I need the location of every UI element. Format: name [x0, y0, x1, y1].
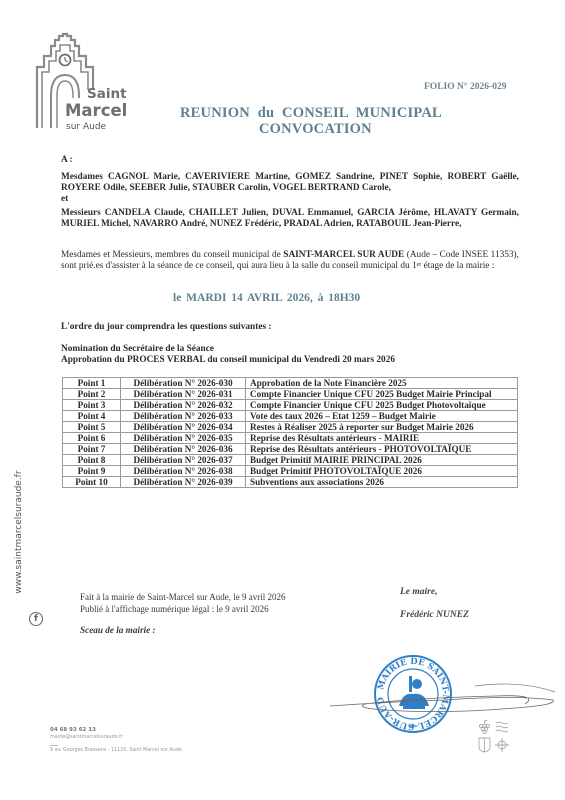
waves-icon	[496, 722, 508, 732]
svg-text:★: ★	[410, 722, 416, 730]
issuance-info: Fait à la mairie de Saint-Marcel sur Aud…	[80, 591, 285, 615]
agenda-point: Point 5	[63, 422, 121, 433]
agenda-row: Point 3Délibération N° 2026-032Compte Fi…	[63, 400, 518, 411]
agenda-row: Point 9Délibération N° 2026-038Budget Pr…	[63, 466, 518, 477]
grapes-icon	[479, 721, 489, 734]
contact-email[interactable]: mairie@saintmarcelsuraude.fr	[50, 735, 123, 740]
agenda-point: Point 7	[63, 444, 121, 455]
agenda-table: Point 1Délibération N° 2026-030Approbati…	[62, 377, 518, 488]
agenda-row: Point 8Délibération N° 2026-037Budget Pr…	[63, 455, 518, 466]
contact-phone: 04 68 93 62 13	[50, 727, 96, 733]
logo-saint: Saint	[87, 88, 127, 102]
agenda-deliberation: Délibération N° 2026-033	[121, 411, 246, 422]
fait-line: Fait à la mairie de Saint-Marcel sur Aud…	[80, 591, 285, 603]
agenda-approbation: Approbation du PROCES VERBAL du conseil …	[61, 355, 519, 366]
facebook-icon[interactable]: f	[29, 612, 43, 626]
agenda-subject: Approbation de la Note Financière 2025	[246, 378, 518, 389]
recipients-et: et	[61, 194, 68, 204]
agenda-point: Point 9	[63, 466, 121, 477]
logo-sur-aude: sur Aude	[66, 123, 106, 132]
occitan-cross-icon	[495, 738, 509, 752]
website-link[interactable]: www.saintmarcelsuraude.fr	[14, 452, 24, 612]
meeting-date: le MARDI 14 AVRIL 2026, à 18H30	[173, 292, 360, 304]
agenda-deliberation: Délibération N° 2026-037	[121, 455, 246, 466]
agenda-row: Point 7Délibération N° 2026-036Reprise d…	[63, 444, 518, 455]
convocation-paragraph: Mesdames et Messieurs, membres du consei…	[61, 250, 519, 272]
agenda-deliberation: Délibération N° 2026-031	[121, 389, 246, 400]
recipients-mesdames: Mesdames CAGNOL Marie, CAVERIVIERE Marti…	[61, 172, 519, 205]
agenda-subject: Restes à Réaliser 2025 à reporter sur Bu…	[246, 422, 518, 433]
agenda-row: Point 4Délibération N° 2026-033Vote des …	[63, 411, 518, 422]
agenda-point: Point 2	[63, 389, 121, 400]
agenda-point: Point 8	[63, 455, 121, 466]
agenda-subject: Compte Financier Unique CFU 2025 Budget …	[246, 400, 518, 411]
document-title: REUNION du CONSEIL MUNICIPAL	[180, 105, 442, 122]
agenda-deliberation: Délibération N° 2026-032	[121, 400, 246, 411]
agenda-deliberation: Délibération N° 2026-034	[121, 422, 246, 433]
agenda-row: Point 6Délibération N° 2026-035Reprise d…	[63, 433, 518, 444]
agenda-point: Point 6	[63, 433, 121, 444]
agenda-nomination: Nomination du Secrétaire de la Séance	[61, 344, 519, 355]
agenda-subject: Budget Primitif MAIRIE PRINCIPAL 2026	[246, 455, 518, 466]
intro-text-3: étage de la mairie :	[421, 261, 494, 271]
agenda-subject: Subventions aux associations 2026	[246, 477, 518, 488]
agenda-deliberation: Délibération N° 2026-036	[121, 444, 246, 455]
agenda-deliberation: Délibération N° 2026-038	[121, 466, 246, 477]
publie-line: Publié à l'affichage numérique légal : l…	[80, 603, 285, 615]
agenda-point: Point 3	[63, 400, 121, 411]
agenda-point: Point 4	[63, 411, 121, 422]
recipients-label: A :	[61, 155, 519, 166]
agenda-subject: Vote des taux 2026 – Etat 1259 – Budget …	[246, 411, 518, 422]
recipients-messieurs: Messieurs CANDELA Claude, CHAILLET Julie…	[61, 208, 519, 230]
agenda-subject: Budget Primitif PHOTOVOLTAÏQUE 2026	[246, 466, 518, 477]
agenda-subject: Reprise des Résultats antérieurs - MAIRI…	[246, 433, 518, 444]
agenda-point: Point 10	[63, 477, 121, 488]
agenda-deliberation: Délibération N° 2026-039	[121, 477, 246, 488]
intro-sup: er	[417, 262, 422, 268]
agenda-row: Point 2Délibération N° 2026-031Compte Fi…	[63, 389, 518, 400]
heraldic-emblems	[476, 718, 512, 754]
shield-icon	[479, 738, 490, 752]
mesdames-list: Mesdames CAGNOL Marie, CAVERIVIERE Marti…	[61, 172, 519, 193]
contact-address: 9 av. Georges Brassens - 11120, Saint Ma…	[50, 748, 182, 753]
agenda-intro: L'ordre du jour comprendra les questions…	[61, 322, 519, 333]
agenda-deliberation: Délibération N° 2026-035	[121, 433, 246, 444]
mayor-signature	[325, 680, 560, 720]
seal-label: Sceau de la mairie :	[80, 625, 156, 635]
folio-number: FOLIO N° 2026-029	[424, 82, 506, 92]
logo-marcel: Marcel	[65, 103, 127, 120]
intro-text-1: Mesdames et Messieurs, membres du consei…	[61, 250, 283, 260]
agenda-row: Point 1Délibération N° 2026-030Approbati…	[63, 378, 518, 389]
municipal-logo: Saint Marcel sur Aude	[35, 30, 135, 130]
agenda-row: Point 5Délibération N° 2026-034Restes à …	[63, 422, 518, 433]
agenda-point: Point 1	[63, 378, 121, 389]
mayor-label: Le maire,	[400, 588, 437, 598]
document-subtitle: CONVOCATION	[259, 121, 372, 138]
contact-divider	[50, 745, 58, 746]
agenda-deliberation: Délibération N° 2026-030	[121, 378, 246, 389]
mayor-name: Frédéric NUNEZ	[400, 611, 469, 621]
agenda-subject: Compte Financier Unique CFU 2025 Budget …	[246, 389, 518, 400]
agenda-row: Point 10Délibération N° 2026-039Subventi…	[63, 477, 518, 488]
agenda-subject: Reprise des Résultats antérieurs - PHOTO…	[246, 444, 518, 455]
commune-name: SAINT-MARCEL SUR AUDE	[283, 250, 404, 260]
